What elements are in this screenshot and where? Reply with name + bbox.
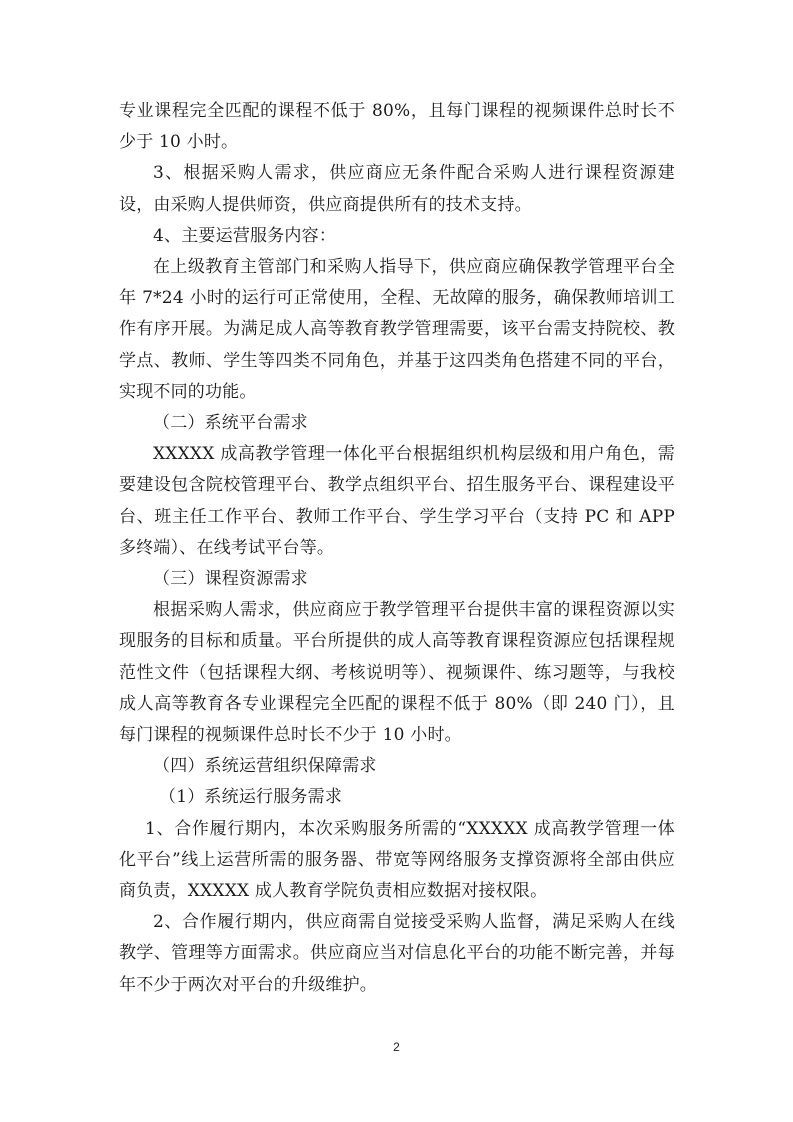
paragraph-continuation: 专业课程完全匹配的课程不低于 80%，且每门课程的视频课件总时长不少于 10 小… <box>119 96 675 158</box>
document-page: 专业课程完全匹配的课程不低于 80%，且每门课程的视频课件总时长不少于 10 小… <box>119 96 675 1001</box>
section-heading-course-resources: （三）课程资源需求 <box>119 564 675 595</box>
paragraph-course-resources: 根据采购人需求，供应商应于教学管理平台提供丰富的课程资源以实现服务的目标和质量。… <box>119 595 675 751</box>
paragraph-operations-service: 在上级教育主管部门和采购人指导下，供应商应确保教学管理平台全年 7*24 小时的… <box>119 252 675 408</box>
paragraph-item-4-heading: 4、主要运营服务内容： <box>119 221 675 252</box>
paragraph-item-3: 3、根据采购人需求，供应商应无条件配合采购人进行课程资源建设，由采购人提供师资，… <box>119 158 675 220</box>
section-heading-platform-requirements: （二）系统平台需求 <box>119 408 675 439</box>
paragraph-item-2: 2、合作履行期内，供应商需自觉接受采购人监督，满足采购人在线教学、管理等方面需求… <box>119 907 675 1001</box>
paragraph-item-1: 1、合作履行期内，本次采购服务所需的“XXXXX 成高教学管理一体化平台”线上运… <box>119 814 675 908</box>
paragraph-platform-requirements: XXXXX 成高教学管理一体化平台根据组织机构层级和用户角色，需要建设包含院校管… <box>119 439 675 564</box>
section-heading-operations-guarantee: （四）系统运营组织保障需求 <box>119 751 675 782</box>
page-number: 2 <box>0 1040 793 1054</box>
subsection-heading-system-service: （1）系统运行服务需求 <box>119 782 675 813</box>
